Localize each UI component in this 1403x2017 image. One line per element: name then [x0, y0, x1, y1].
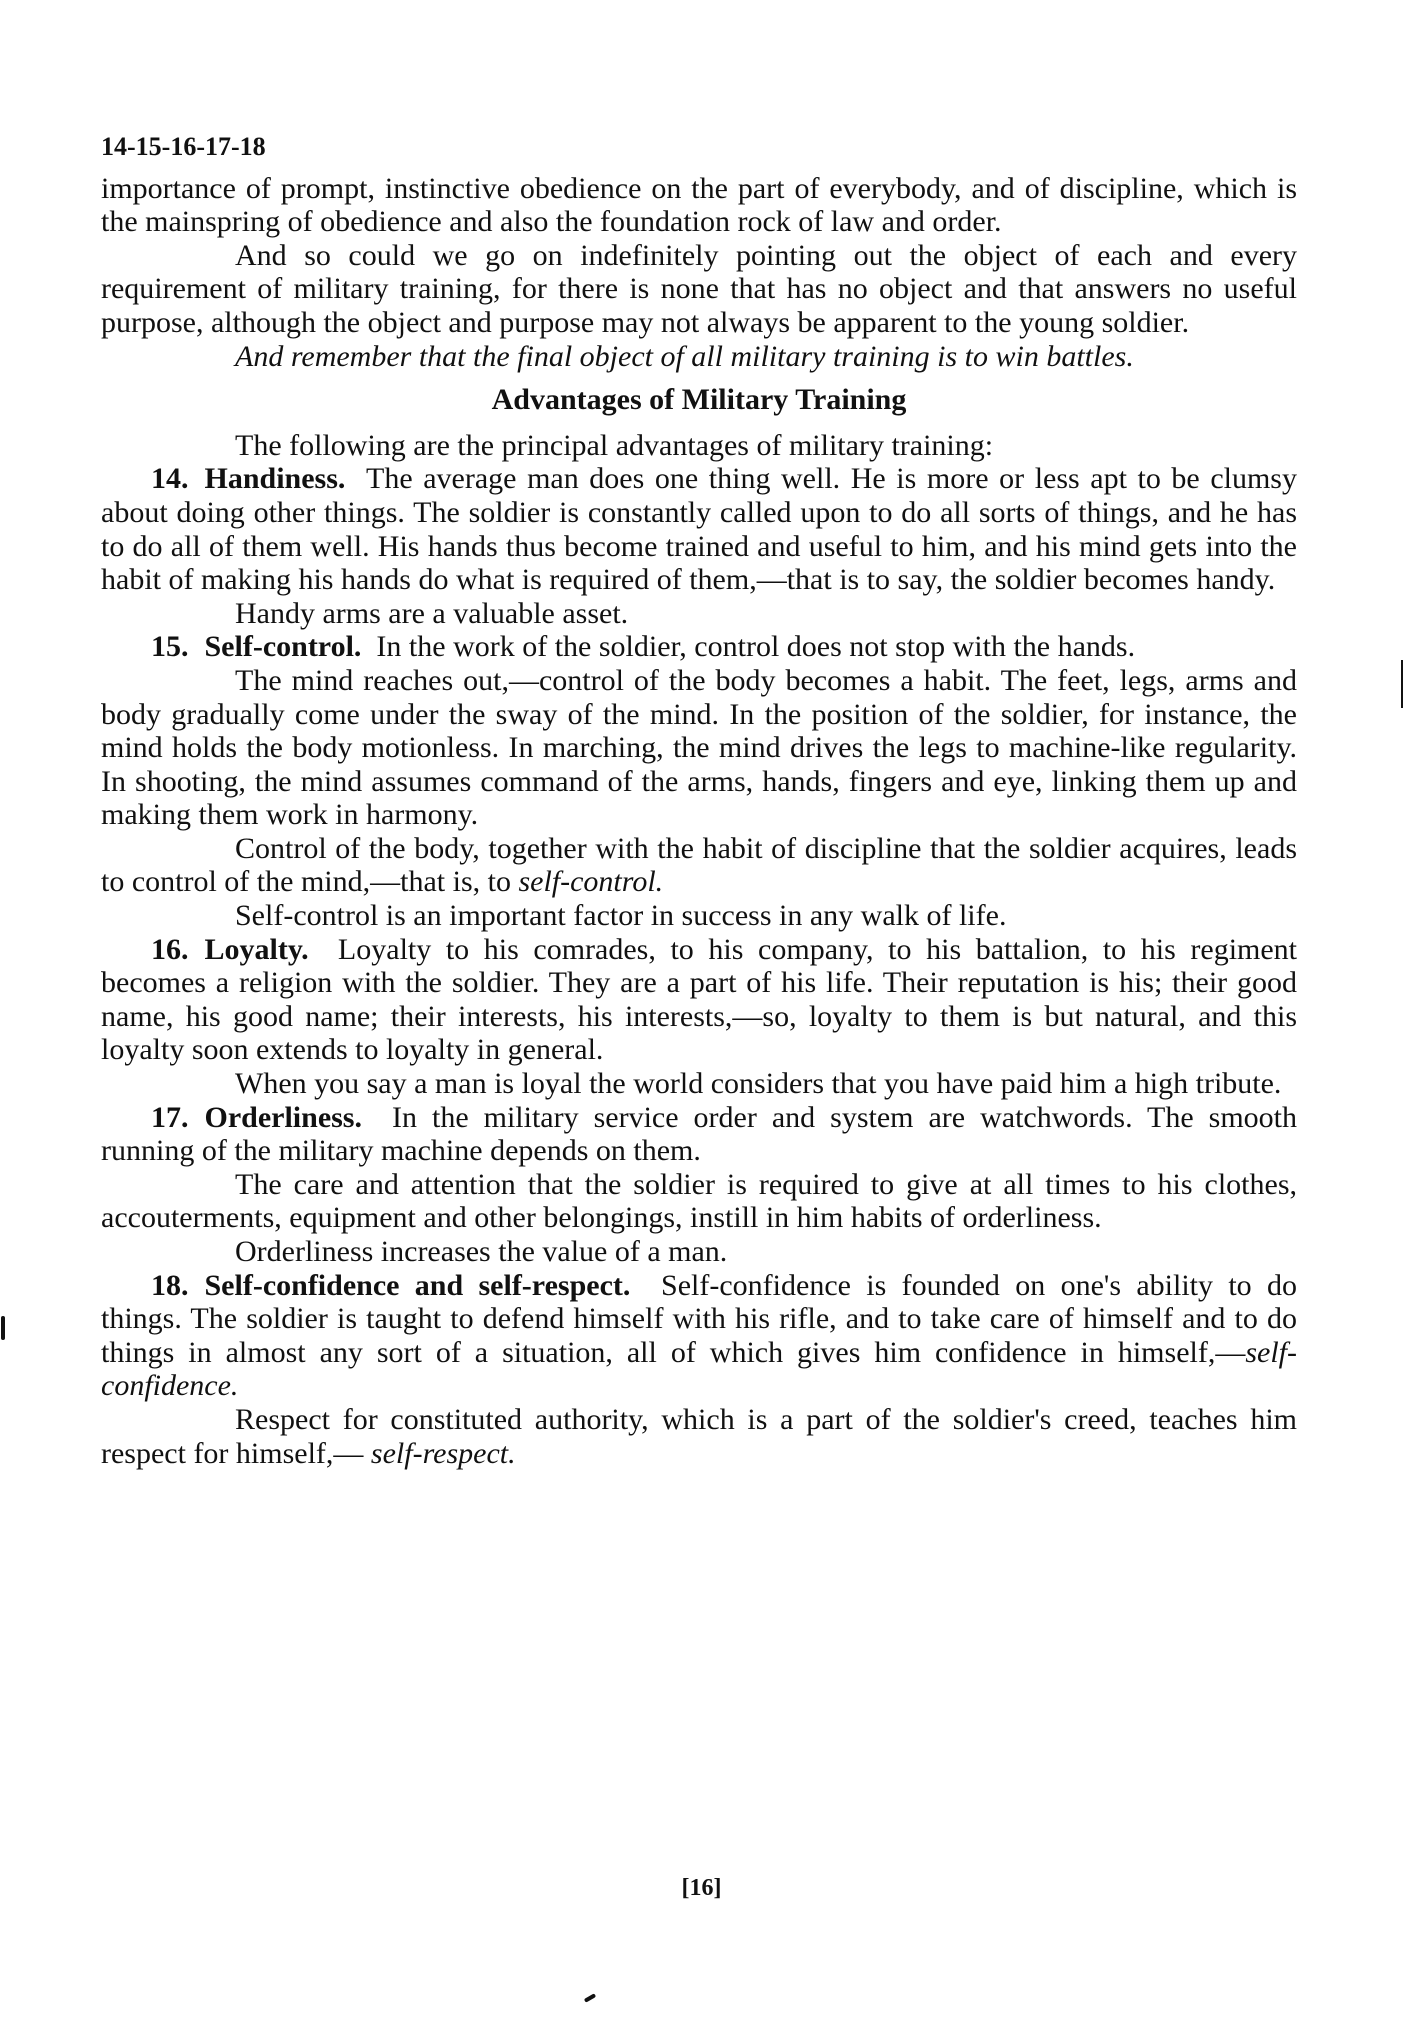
running-head: 14-15-16-17-18	[101, 130, 1297, 164]
paragraph-text: Respect for constituted authority, which…	[101, 1403, 1297, 1470]
paragraph: Handy arms are a valuable asset.	[101, 597, 1297, 631]
item-handiness: 14.Handiness. The average man does one t…	[101, 462, 1297, 596]
scan-mark-left	[1, 1316, 5, 1340]
item-orderliness: 17.Orderliness. In the military service …	[101, 1101, 1297, 1168]
item-term: Self-confidence and self-respect.	[205, 1269, 631, 1302]
item-term: Loyalty.	[205, 933, 309, 966]
emphasis-paragraph: And remember that the final object of al…	[101, 340, 1297, 374]
item-term: Orderliness.	[205, 1101, 363, 1134]
item-self-control: 15.Self-control. In the work of the sold…	[101, 630, 1297, 664]
item-number: 15.	[151, 630, 189, 663]
item-number: 17.	[151, 1101, 189, 1134]
italic-term: self-respect.	[371, 1437, 516, 1470]
item-loyalty: 16.Loyalty. Loyalty to his comrades, to …	[101, 933, 1297, 1067]
item-text: In the work of the soldier, control does…	[376, 630, 1135, 663]
paragraph: When you say a man is loyal the world co…	[101, 1067, 1297, 1101]
paragraph: The mind reaches out,—control of the bod…	[101, 664, 1297, 832]
scan-speck	[584, 1993, 596, 2002]
item-number: 18.	[151, 1269, 189, 1302]
paragraph-text: Control of the body, together with the h…	[101, 832, 1297, 899]
paragraph: Self-control is an important factor in s…	[101, 899, 1297, 933]
item-term: Handiness.	[205, 462, 346, 495]
page-number: [16]	[0, 1875, 1403, 1902]
italic-term: self-control.	[518, 865, 663, 898]
item-number: 16.	[151, 933, 189, 966]
section-lead: The following are the principal advantag…	[101, 429, 1297, 463]
paragraph: The care and attention that the soldier …	[101, 1168, 1297, 1235]
item-number: 14.	[151, 462, 189, 495]
section-heading: Advantages of Military Training	[101, 383, 1297, 417]
item-term: Self-control.	[205, 630, 362, 663]
paragraph: Control of the body, together with the h…	[101, 832, 1297, 899]
paragraph: Respect for constituted authority, which…	[101, 1403, 1297, 1470]
continuation-paragraph: importance of prompt, instinctive obedie…	[101, 172, 1297, 239]
paragraph: Orderliness increases the value of a man…	[101, 1235, 1297, 1269]
paragraph: And so could we go on indefinitely point…	[101, 239, 1297, 340]
item-self-confidence: 18.Self-confidence and self-respect. Sel…	[101, 1269, 1297, 1403]
document-page: 14-15-16-17-18 importance of prompt, ins…	[101, 130, 1297, 1470]
